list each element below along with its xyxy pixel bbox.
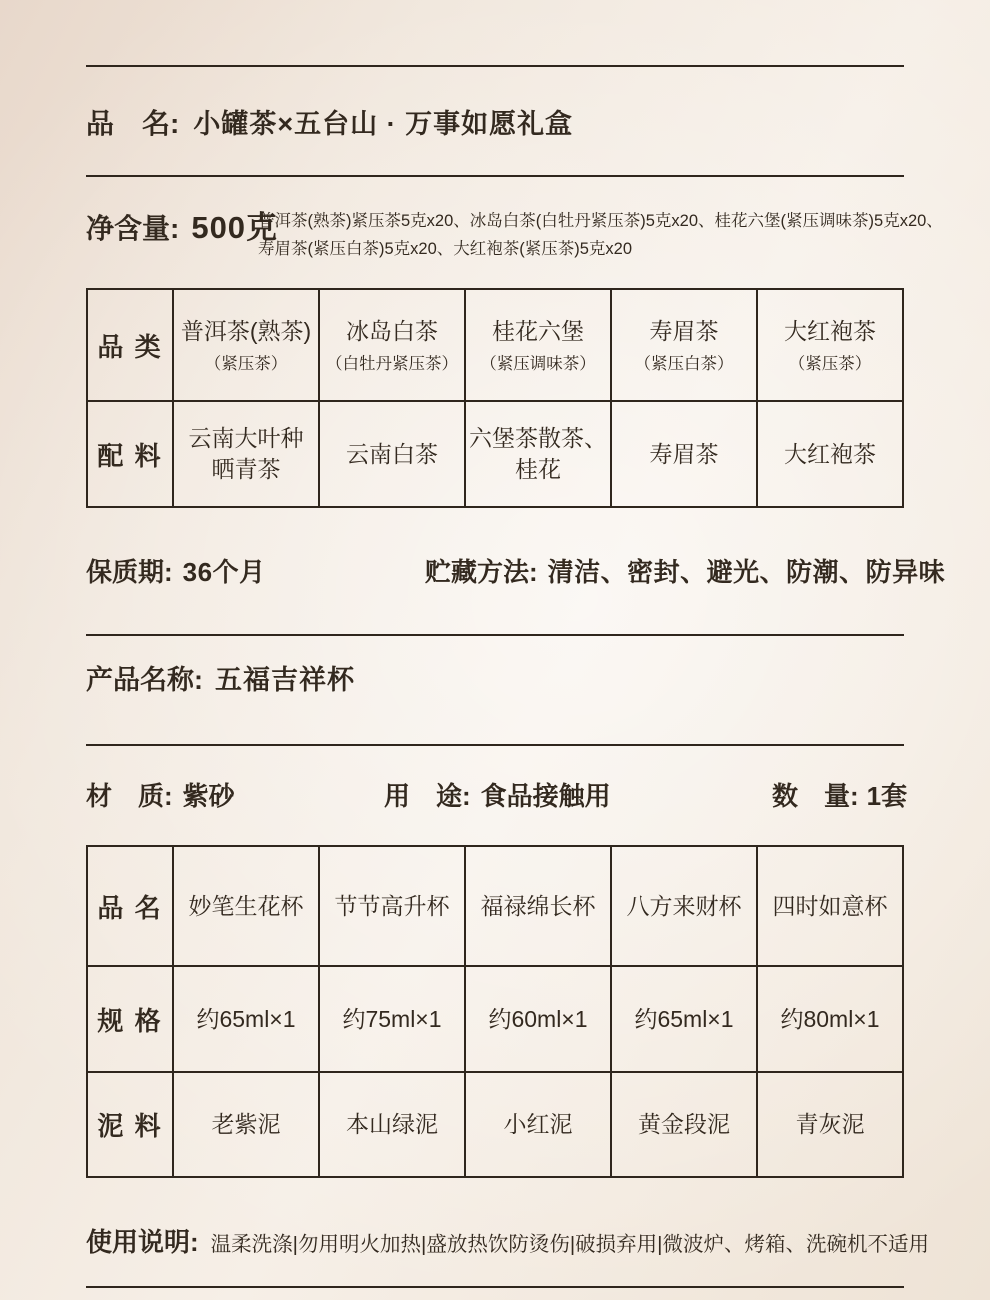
tea-ingredient-cell: 云南白茶 — [318, 402, 464, 506]
divider-above-product-name — [86, 634, 904, 636]
material-value: 紫砂 — [183, 776, 235, 813]
product-spec-sheet: 品 名: 小罐茶×五台山 · 万事如愿礼盒 净含量: 500克 普洱茶(熟茶)紧… — [0, 0, 990, 1300]
cell-main-text: 冰岛白茶 — [346, 316, 438, 347]
cup-clay-row: 泥 料 老紫泥 本山绿泥 小红泥 黄金段泥 青灰泥 — [88, 1071, 902, 1176]
tea-category-cell: 大红袍茶 （紧压茶） — [756, 290, 902, 400]
quantity-label: 数 量: — [772, 776, 859, 813]
net-weight-detail: 普洱茶(熟茶)紧压茶5克x20、冰岛白茶(白牡丹紧压茶)5克x20、桂花六堡(紧… — [258, 207, 943, 263]
cup-spec-table: 品 名 妙笔生花杯 节节高升杯 福禄绵长杯 八方来财杯 四时如意杯 规 格 约6… — [86, 845, 904, 1178]
cell-main-text: 寿眉茶 — [650, 439, 719, 470]
cell-main-text: 黄金段泥 — [638, 1109, 730, 1140]
cell-main-text: 约65ml×1 — [196, 1004, 295, 1035]
tea-category-cell: 寿眉茶 （紧压白茶） — [610, 290, 756, 400]
use-value: 食品接触用 — [481, 776, 611, 813]
shelf-life-label: 保质期: — [86, 552, 173, 589]
cell-sub-text: （紧压茶） — [205, 350, 288, 374]
row-label-cup-spec: 规 格 — [88, 967, 172, 1071]
product-name-value: 小罐茶×五台山 · 万事如愿礼盒 — [193, 102, 573, 141]
cup-name-row: 品 名 妙笔生花杯 节节高升杯 福禄绵长杯 八方来财杯 四时如意杯 — [88, 847, 902, 965]
cup-name-cell: 节节高升杯 — [318, 847, 464, 965]
cell-main-text: 青灰泥 — [796, 1109, 865, 1140]
quantity-row: 数 量: 1套 — [772, 776, 907, 813]
cell-main-text: 六堡茶散茶、 桂花 — [469, 423, 607, 485]
storage-method-value: 清洁、密封、避光、防潮、防异味 — [548, 552, 946, 589]
cell-sub-text: （紧压调味茶） — [480, 350, 596, 374]
cell-main-text: 老紫泥 — [212, 1109, 281, 1140]
divider-bottom — [86, 1286, 904, 1288]
cell-main-text: 云南白茶 — [346, 439, 438, 470]
cell-main-text: 云南大叶种 晒青茶 — [189, 423, 304, 485]
cell-main-text: 大红袍茶 — [784, 316, 876, 347]
use-label: 用 途: — [384, 776, 471, 813]
cell-sub-text: （白牡丹紧压茶） — [326, 350, 458, 374]
cell-main-text: 寿眉茶 — [650, 316, 719, 347]
cell-main-text: 四时如意杯 — [773, 891, 888, 922]
cell-main-text: 本山绿泥 — [346, 1109, 438, 1140]
cell-main-text: 小红泥 — [504, 1109, 573, 1140]
tea-category-cell: 冰岛白茶 （白牡丹紧压茶） — [318, 290, 464, 400]
cup-clay-cell: 小红泥 — [464, 1073, 610, 1176]
cell-main-text: 约60ml×1 — [488, 1004, 587, 1035]
cell-sub-text: （紧压白茶） — [635, 350, 734, 374]
row-label-category: 品 类 — [88, 290, 172, 400]
tea-ingredient-cell: 大红袍茶 — [756, 402, 902, 506]
cup-clay-cell: 青灰泥 — [756, 1073, 902, 1176]
material-row: 材 质: 紫砂 — [86, 776, 235, 813]
divider-under-title — [86, 175, 904, 177]
tea-spec-table: 品 类 普洱茶(熟茶) （紧压茶） 冰岛白茶 （白牡丹紧压茶） 桂花六堡 （紧压… — [86, 288, 904, 508]
cell-main-text: 桂花六堡 — [492, 316, 584, 347]
storage-method-row: 贮藏方法: 清洁、密封、避光、防潮、防异味 — [425, 552, 945, 589]
tea-ingredient-cell: 寿眉茶 — [610, 402, 756, 506]
row-label-cup-name: 品 名 — [88, 847, 172, 965]
usage-instructions-value: 温柔洗涤|勿用明火加热|盛放热饮防烫伤|破损弃用|微波炉、烤箱、洗碗机不适用 — [211, 1227, 929, 1257]
cup-spec-cell: 约75ml×1 — [318, 967, 464, 1071]
tea-ingredient-cell: 六堡茶散茶、 桂花 — [464, 402, 610, 506]
cup-spec-cell: 约80ml×1 — [756, 967, 902, 1071]
cup-spec-cell: 约60ml×1 — [464, 967, 610, 1071]
shelf-life-row: 保质期: 36个月 — [86, 552, 266, 589]
cup-name-cell: 四时如意杯 — [756, 847, 902, 965]
cell-sub-text: （紧压茶） — [789, 350, 872, 374]
cell-main-text: 节节高升杯 — [335, 891, 450, 922]
usage-instructions-label: 使用说明: — [86, 1222, 199, 1259]
cell-main-text: 大红袍茶 — [784, 439, 876, 470]
tea-category-cell: 桂花六堡 （紧压调味茶） — [464, 290, 610, 400]
cup-product-name-row: 产品名称: 五福吉祥杯 — [86, 658, 355, 697]
cell-main-text: 约65ml×1 — [634, 1004, 733, 1035]
cup-product-name-value: 五福吉祥杯 — [215, 658, 355, 697]
cup-clay-cell: 黄金段泥 — [610, 1073, 756, 1176]
product-name-label: 品 名: — [86, 102, 179, 142]
divider-top — [86, 65, 904, 67]
storage-method-label: 贮藏方法: — [425, 552, 538, 589]
cup-clay-cell: 本山绿泥 — [318, 1073, 464, 1176]
cup-name-cell: 福禄绵长杯 — [464, 847, 610, 965]
cup-spec-cell: 约65ml×1 — [172, 967, 318, 1071]
net-weight-label: 净含量: — [86, 207, 179, 247]
row-label-ingredient: 配 料 — [88, 402, 172, 506]
cup-clay-cell: 老紫泥 — [172, 1073, 318, 1176]
divider-above-material — [86, 744, 904, 746]
tea-ingredient-cell: 云南大叶种 晒青茶 — [172, 402, 318, 506]
cell-main-text: 八方来财杯 — [627, 891, 742, 922]
cell-main-text: 福禄绵长杯 — [481, 891, 596, 922]
cell-main-text: 妙笔生花杯 — [189, 891, 304, 922]
shelf-life-value: 36个月 — [183, 552, 266, 589]
row-label-cup-clay: 泥 料 — [88, 1073, 172, 1176]
cup-spec-cell: 约65ml×1 — [610, 967, 756, 1071]
cup-name-cell: 妙笔生花杯 — [172, 847, 318, 965]
cell-main-text: 普洱茶(熟茶) — [181, 316, 311, 347]
cup-name-cell: 八方来财杯 — [610, 847, 756, 965]
product-title-row: 品 名: 小罐茶×五台山 · 万事如愿礼盒 — [86, 102, 573, 142]
quantity-value: 1套 — [867, 776, 907, 813]
material-label: 材 质: — [86, 776, 173, 813]
tea-category-row: 品 类 普洱茶(熟茶) （紧压茶） 冰岛白茶 （白牡丹紧压茶） 桂花六堡 （紧压… — [88, 290, 902, 400]
usage-instructions-row: 使用说明: 温柔洗涤|勿用明火加热|盛放热饮防烫伤|破损弃用|微波炉、烤箱、洗碗… — [86, 1222, 929, 1259]
use-row: 用 途: 食品接触用 — [384, 776, 611, 813]
tea-ingredient-row: 配 料 云南大叶种 晒青茶 云南白茶 六堡茶散茶、 桂花 寿眉茶 大红袍茶 — [88, 400, 902, 506]
cup-product-name-label: 产品名称: — [86, 658, 203, 697]
cell-main-text: 约75ml×1 — [342, 1004, 441, 1035]
cell-main-text: 约80ml×1 — [780, 1004, 879, 1035]
net-weight-row: 净含量: 500克 — [86, 202, 278, 247]
cup-spec-row: 规 格 约65ml×1 约75ml×1 约60ml×1 约65ml×1 约80m… — [88, 965, 902, 1071]
tea-category-cell: 普洱茶(熟茶) （紧压茶） — [172, 290, 318, 400]
